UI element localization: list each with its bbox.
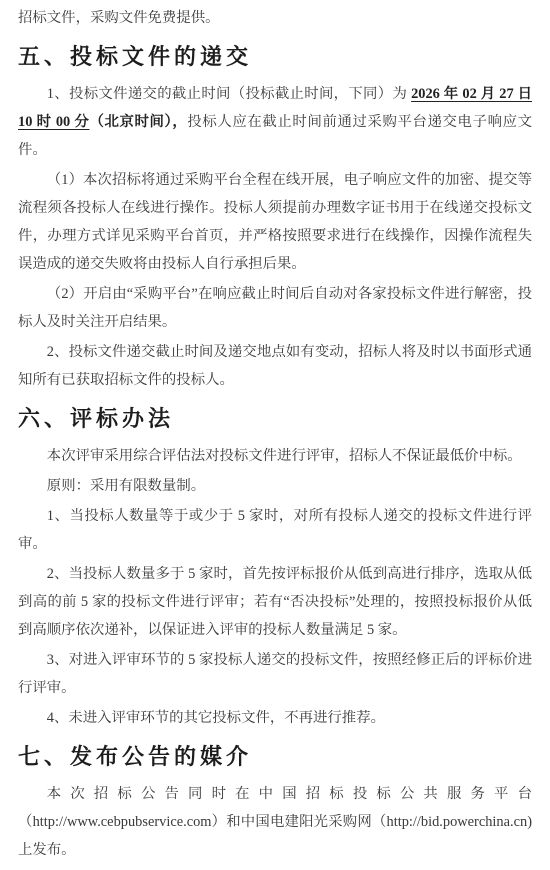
announcement-media-text: 本次招标公告同时在中国招标投标公共服务平台（http://www.cebpubs… [18, 780, 532, 864]
clause-deadline: 1、投标文件递交的截止时间（投标截止时间，下同）为 2026 年 02 月 27… [18, 80, 532, 164]
evaluation-method-text: 本次评审采用综合评估法对投标文件进行评审，招标人不保证最低价中标。 [18, 442, 532, 470]
clause-auto-decrypt: （2）开启由“采购平台”在响应截止时间后自动对各家投标文件进行解密，投标人及时关… [18, 280, 532, 336]
cebpubservice-url: http://www.cebpubservice.com [33, 814, 212, 830]
evaluation-rule-1: 1、当投标人数量等于或少于 5 家时，对所有投标人递交的投标文件进行评审。 [18, 502, 532, 558]
deadline-timezone: （北京时间）， [89, 114, 187, 130]
clause-online-process: （1）本次招标将通过采购平台全程在线开展，电子响应文件的加密、提交等流程须各投标… [18, 166, 532, 278]
evaluation-principle-text: 原则：采用有限数量制。 [18, 472, 532, 500]
evaluation-rule-4: 4、未进入评审环节的其它投标文件，不再进行推荐。 [18, 704, 532, 732]
document-page: 招标文件，采购文件免费提供。 五、投标文件的递交 1、投标文件递交的截止时间（投… [0, 0, 550, 870]
section-heading-announcement-media: 七、发布公告的媒介 [18, 742, 532, 772]
section-heading-bid-submission: 五、投标文件的递交 [18, 42, 532, 72]
clause-change-notice: 2、投标文件递交截止时间及递交地点如有变动，招标人将及时以书面形式通知所有已获取… [18, 338, 532, 394]
evaluation-rule-3: 3、对进入评审环节的 5 家投标人递交的投标文件，按照经修正后的评标价进行评审。 [18, 646, 532, 702]
powerchina-url: http://bid.powerchina.cn [387, 814, 528, 830]
continuation-text: 招标文件，采购文件免费提供。 [18, 4, 532, 32]
evaluation-rule-2: 2、当投标人数量多于 5 家时，首先按评标报价从低到高进行排序，选取从低到高的前… [18, 560, 532, 644]
media-text-middle: ）和中国电建阳光采购网（ [211, 814, 386, 830]
section-heading-evaluation-method: 六、评标办法 [18, 404, 532, 434]
deadline-clause-prefix: 1、投标文件递交的截止时间（投标截止时间，下同）为 [47, 86, 411, 102]
